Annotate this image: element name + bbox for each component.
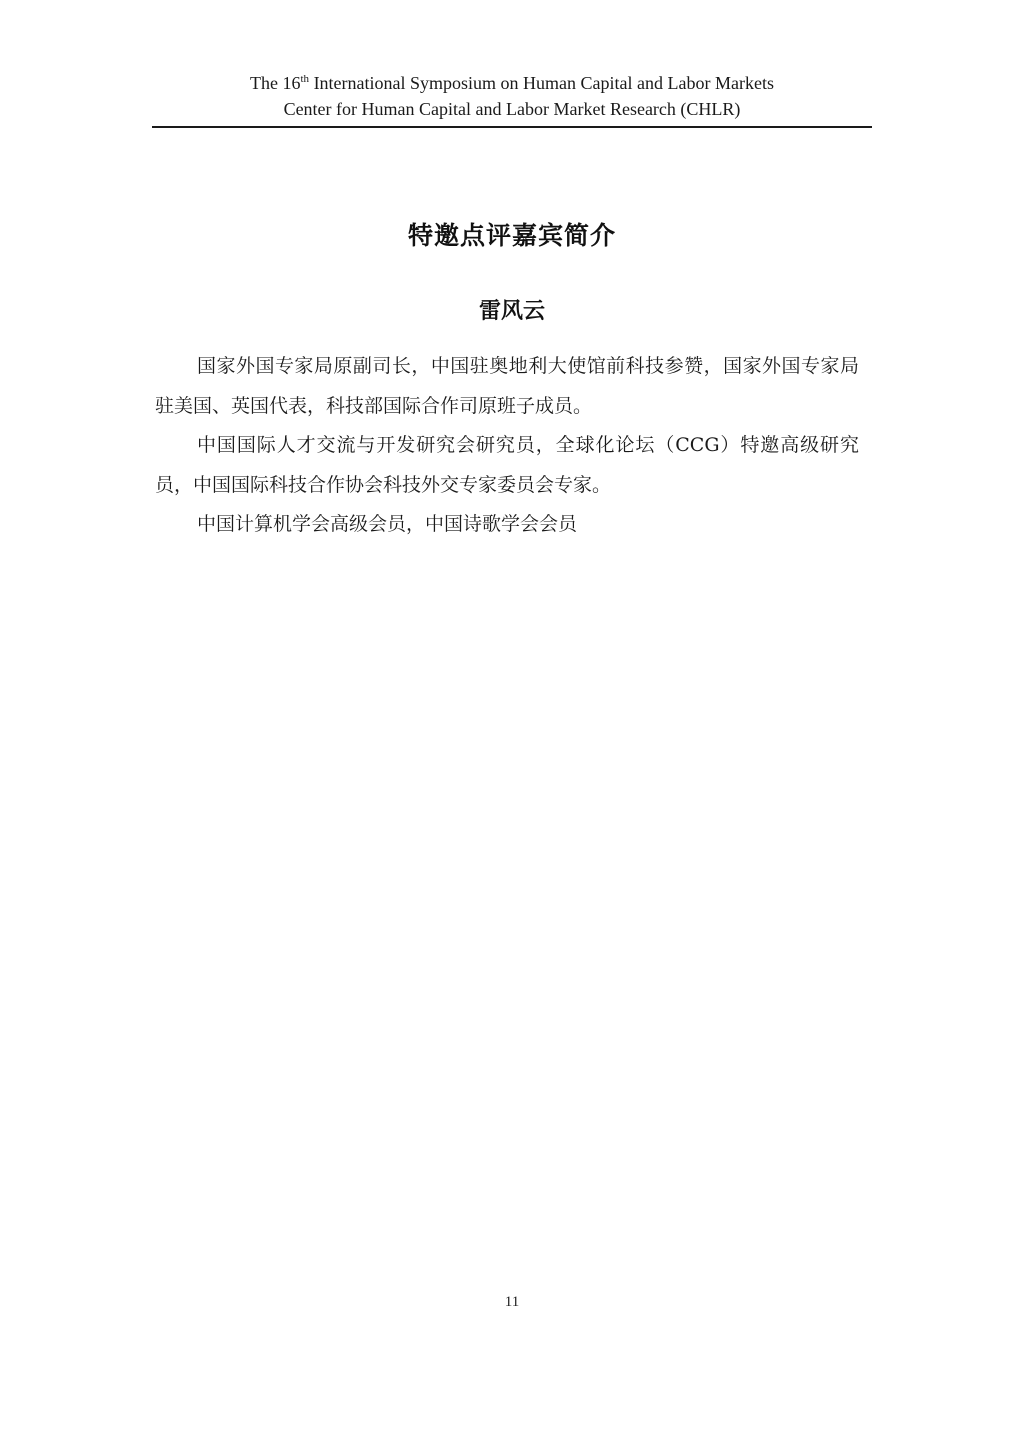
header-center-name: Center for Human Capital and Labor Marke… bbox=[152, 96, 872, 122]
running-header: The 16th International Symposium on Huma… bbox=[152, 70, 872, 122]
page-number: 11 bbox=[152, 1292, 872, 1312]
header-symposium-title: The 16th International Symposium on Huma… bbox=[152, 70, 872, 96]
header-title-suffix: International Symposium on Human Capital… bbox=[309, 73, 774, 93]
guest-biography: 国家外国专家局原副司长，中国驻奥地利大使馆前科技参赞，国家外国专家局驻美国、英国… bbox=[155, 347, 859, 545]
guest-name: 雷风云 bbox=[152, 296, 872, 328]
bio-paragraph: 国家外国专家局原副司长，中国驻奥地利大使馆前科技参赞，国家外国专家局驻美国、英国… bbox=[155, 347, 859, 426]
header-divider bbox=[152, 126, 872, 128]
header-ordinal-superscript: th bbox=[301, 73, 310, 85]
bio-paragraph: 中国国际人才交流与开发研究会研究员，全球化论坛（CCG）特邀高级研究员，中国国际… bbox=[155, 426, 859, 505]
header-title-prefix: The 16 bbox=[250, 73, 300, 93]
bio-paragraph: 中国计算机学会高级会员，中国诗歌学会会员 bbox=[155, 505, 859, 545]
page-title: 特邀点评嘉宾简介 bbox=[152, 218, 872, 254]
